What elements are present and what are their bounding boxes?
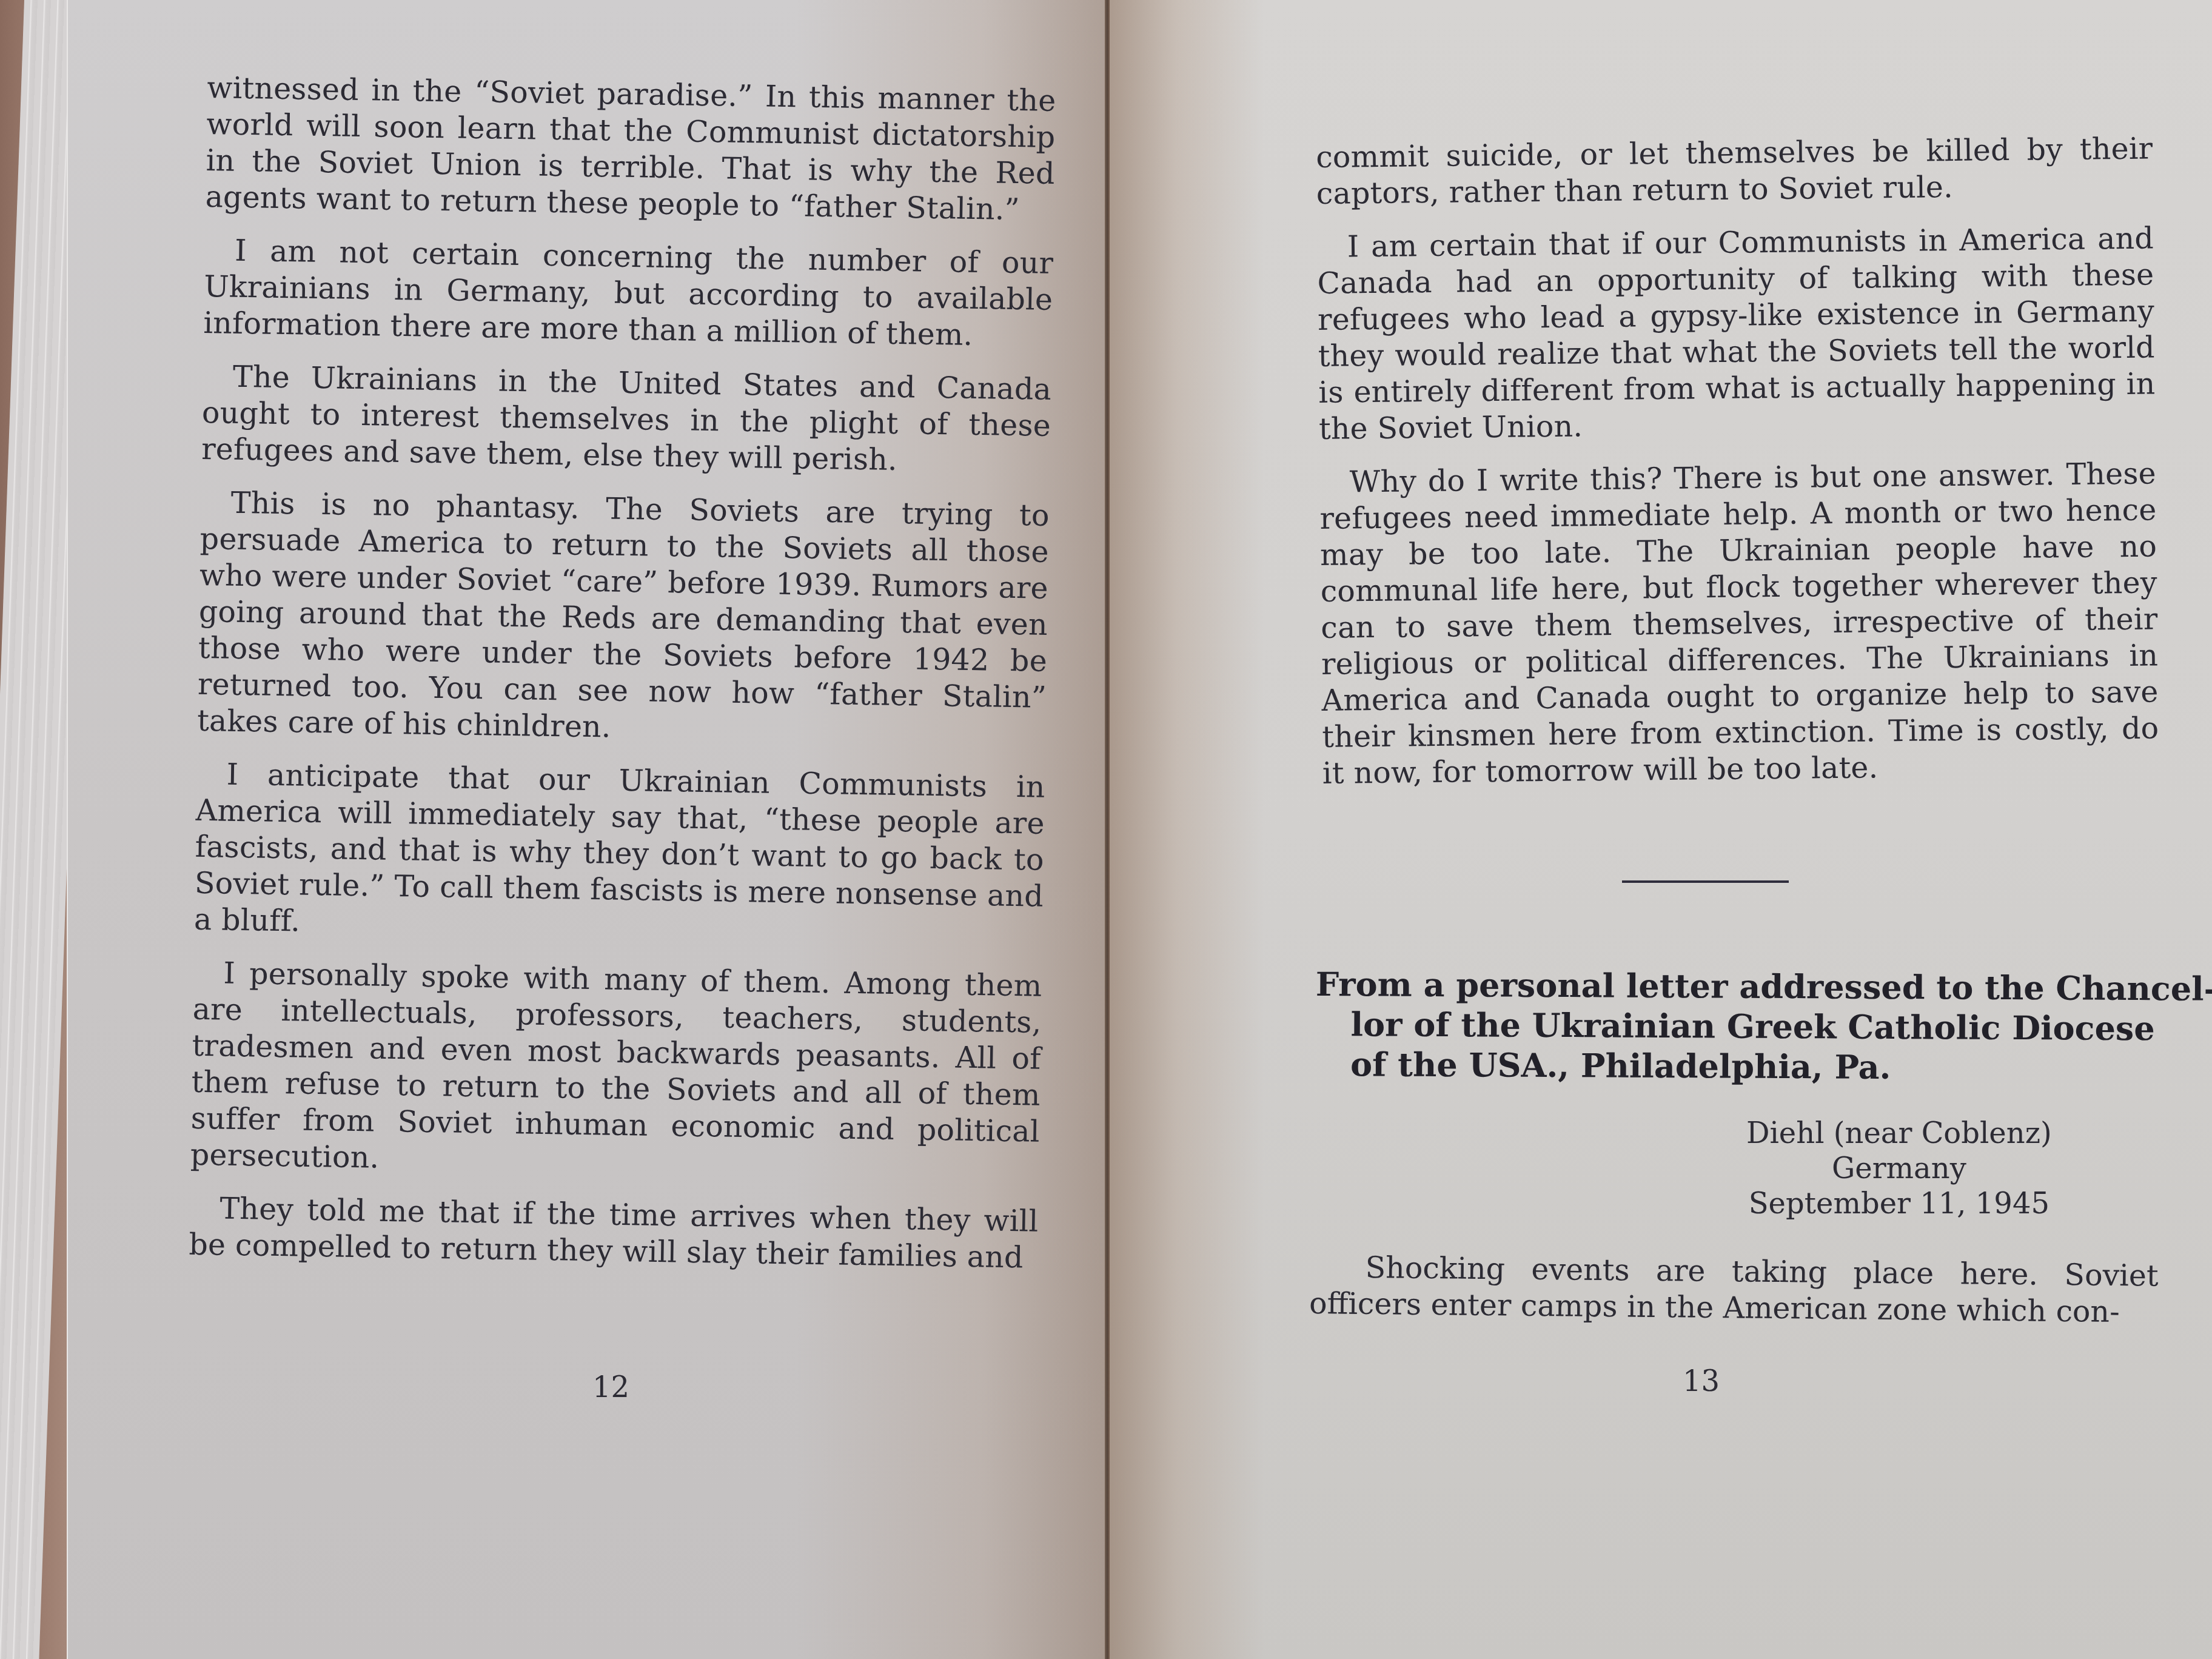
page-number-left: 12 <box>592 1370 629 1404</box>
heading-line-2: lor of the Ukrainian Greek Catholic Dioc… <box>1315 1004 2164 1048</box>
left-page: witnessed in the “Soviet paradise.” In t… <box>67 0 1107 1659</box>
open-book-photo: witnessed in the “Soviet paradise.” In t… <box>0 0 2212 1659</box>
letter-dateline: Diehl (near Coblenz) Germany September 1… <box>1746 1116 2052 1221</box>
paragraph: I personally spoke with many of them. Am… <box>190 955 1042 1187</box>
paragraph: I am not certain concerning the number o… <box>203 232 1054 355</box>
section-divider-rule <box>1622 880 1789 883</box>
paragraph: I anticipate that our Ukrainian Communis… <box>194 756 1046 951</box>
left-page-body: witnessed in the “Soviet paradise.” In t… <box>189 70 1056 1293</box>
dateline-place: Diehl (near Coblenz) <box>1746 1116 2052 1151</box>
dateline-country: Germany <box>1746 1151 2052 1186</box>
heading-line-3: of the USA., Philadelphia, Pa. <box>1315 1044 2164 1088</box>
right-page: commit suicide, or let themselves be kil… <box>1110 0 2212 1659</box>
paragraph: I am certain that if our Communists in A… <box>1317 221 2156 447</box>
dateline-date: September 11, 1945 <box>1746 1186 2052 1221</box>
paragraph: This is no phantasy. The Soviets are try… <box>197 484 1050 752</box>
paragraph: Shocking events are taking place here. S… <box>1309 1249 2159 1331</box>
page-number-right: 13 <box>1683 1364 1720 1398</box>
section-heading: From a personal letter addressed to the … <box>1315 964 2165 1088</box>
book-spine <box>1105 0 1110 1659</box>
heading-line-1: From a personal letter addressed to the … <box>1316 964 2165 1008</box>
paragraph: Why do I write this? There is but one an… <box>1319 456 2160 792</box>
letter-body: Shocking events are taking place here. S… <box>1309 1249 2159 1331</box>
paragraph: witnessed in the “Soviet paradise.” In t… <box>205 70 1056 229</box>
paragraph: The Ukrainians in the United States and … <box>201 358 1052 481</box>
right-page-body: commit suicide, or let themselves be kil… <box>1316 131 2159 809</box>
paragraph: They told me that if the time arrives wh… <box>189 1190 1039 1276</box>
paragraph: commit suicide, or let themselves be kil… <box>1316 131 2153 212</box>
